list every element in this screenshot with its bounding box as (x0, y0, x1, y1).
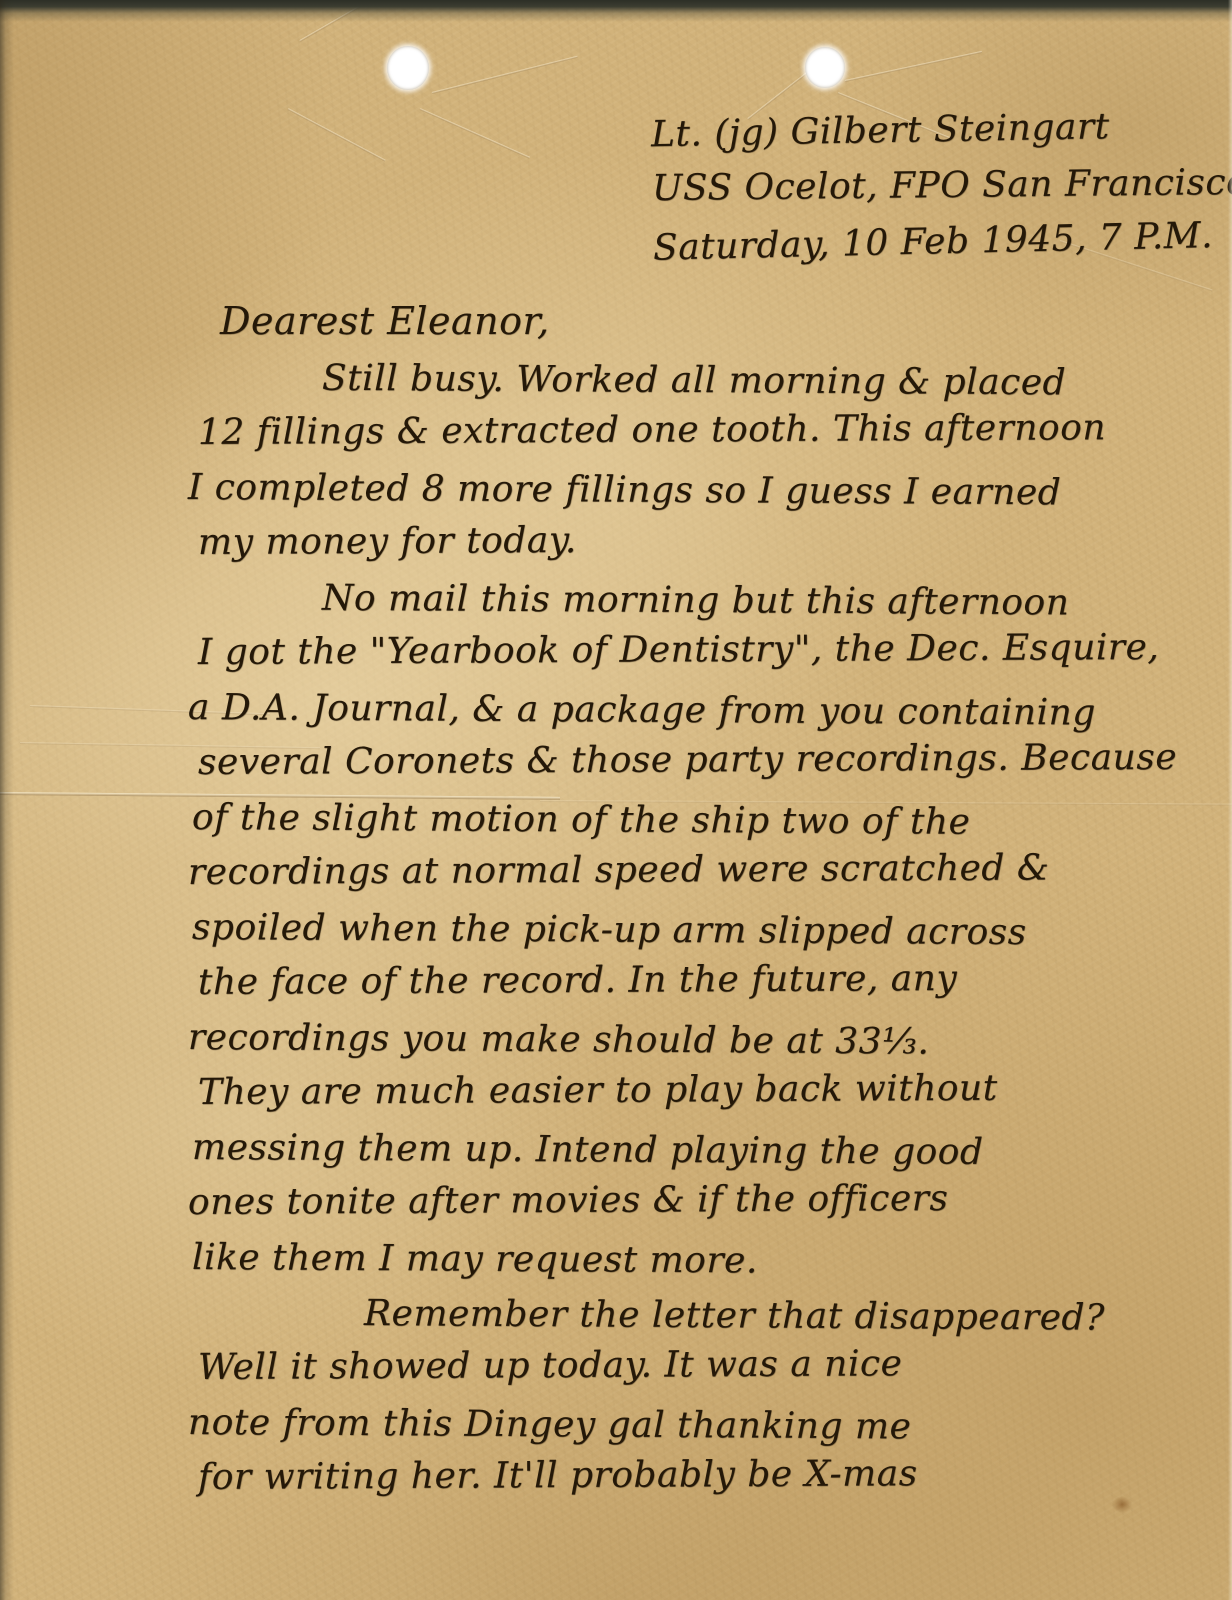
handwritten-line: ones tonite after movies & if the office… (188, 1170, 1222, 1230)
paragraph: No mail this morning but this afternoonI… (192, 570, 1222, 1285)
paper-crease (420, 108, 530, 159)
scan-edge-left (0, 0, 14, 1600)
paragraph: Remember the letter that disappeared?Wel… (192, 1285, 1222, 1505)
handwritten-line: the face of the record. In the future, a… (198, 950, 1222, 1010)
handwritten-line: 12 fillings & extracted one tooth. This … (198, 400, 1222, 460)
punch-hole-left (387, 46, 429, 90)
paper-crease (845, 51, 982, 82)
handwritten-line: I got the "Yearbook of Dentistry", the D… (198, 620, 1222, 680)
paper-crease (288, 108, 386, 161)
paper-crease (432, 56, 578, 94)
handwritten-line: for writing her. It'll probably be X-mas (198, 1445, 1222, 1505)
address-line: USS Ocelot, FPO San Francisco (652, 155, 1232, 217)
letter-body: Dearest Eleanor, Still busy. Worked all … (192, 292, 1222, 1505)
scan-edge-right (1228, 0, 1232, 1600)
paragraph: Still busy. Worked all morning & placed1… (192, 350, 1222, 570)
letter-paragraphs: Still busy. Worked all morning & placed1… (192, 350, 1222, 1505)
punch-hole-right (805, 47, 845, 88)
handwritten-line: recordings at normal speed were scratche… (188, 840, 1222, 900)
scan-edge-top (0, 0, 1232, 22)
handwritten-line: several Coronets & those party recording… (198, 730, 1222, 790)
handwritten-line: They are much easier to play back withou… (198, 1060, 1222, 1120)
letter-header: Lt. (jg) Gilbert Steingart USS Ocelot, F… (651, 97, 1232, 275)
date-line: Saturday, 10 Feb 1945, 7 P.M. (652, 207, 1232, 277)
handwritten-line: my money for today. (198, 510, 1222, 570)
handwritten-line: Well it showed up today. It was a nice (198, 1335, 1222, 1395)
letter-page: Lt. (jg) Gilbert Steingart USS Ocelot, F… (0, 0, 1232, 1600)
handwritten-line: like them I may request more. (192, 1230, 1222, 1291)
salutation: Dearest Eleanor, (220, 292, 1222, 350)
author-line: Lt. (jg) Gilbert Steingart (651, 97, 1232, 163)
